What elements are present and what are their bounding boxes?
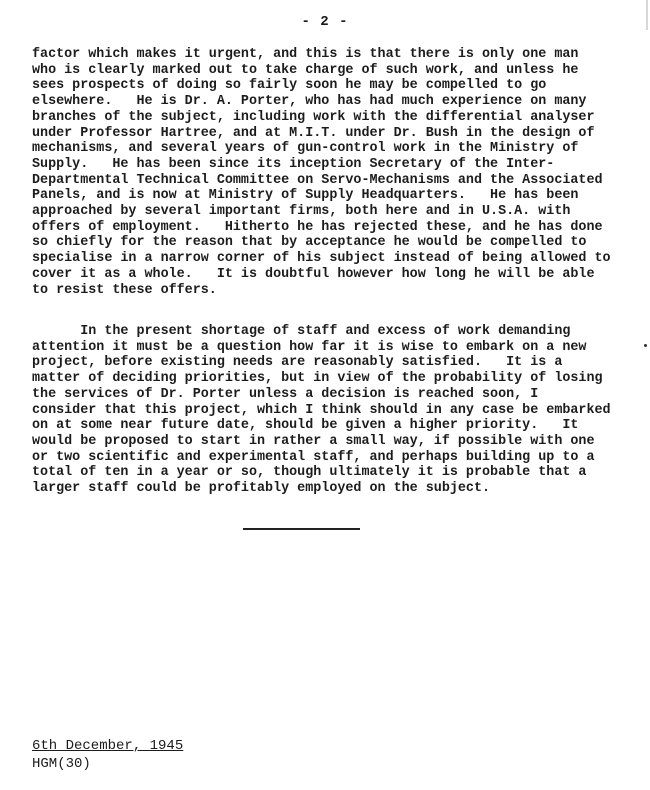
text-line: approached by several important firms, b… — [32, 204, 570, 220]
text-line: branches of the subject, including work … — [32, 110, 595, 126]
document-page: - 2 - factor which makes it urgent, and … — [0, 0, 650, 790]
section-divider-rule — [243, 528, 360, 530]
text-line: larger staff could be profitably employe… — [32, 481, 490, 497]
text-line: mechanisms, and several years of gun-con… — [32, 141, 578, 157]
text-line: would be proposed to start in rather a s… — [32, 434, 595, 450]
text-line: Supply. He has been since its inception … — [32, 157, 554, 173]
text-line: total of ten in a year or so, though ult… — [32, 465, 586, 481]
text-line: Departmental Technical Committee on Serv… — [32, 173, 603, 189]
text-line: offers of employment. Hitherto he has re… — [32, 220, 603, 236]
text-line: elsewhere. He is Dr. A. Porter, who has … — [32, 94, 586, 110]
text-line: matter of deciding priorities, but in vi… — [32, 371, 603, 387]
text-line: who is clearly marked out to take charge… — [32, 63, 578, 79]
page-number: - 2 - — [0, 14, 650, 30]
scan-speck — [644, 344, 647, 347]
text-line: attention it must be a question how far … — [32, 340, 586, 356]
text-line: sees prospects of doing so fairly soon h… — [32, 78, 546, 94]
text-line: on at some near future date, should be g… — [32, 418, 578, 434]
text-line: factor which makes it urgent, and this i… — [32, 47, 578, 63]
text-line: or two scientific and experimental staff… — [32, 450, 595, 466]
text-line: Panels, and is now at Ministry of Supply… — [32, 188, 578, 204]
text-line: the services of Dr. Porter unless a deci… — [32, 387, 538, 403]
text-line: to resist these offers. — [32, 283, 217, 299]
text-line: project, before existing needs are reaso… — [32, 355, 562, 371]
footer-date: 6th December, 1945 — [32, 738, 183, 754]
text-line: consider that this project, which I thin… — [32, 403, 611, 419]
footer-reference: HGM(30) — [32, 756, 91, 772]
text-line: under Professor Hartree, and at M.I.T. u… — [32, 126, 595, 142]
text-line: In the present shortage of staff and exc… — [32, 324, 570, 340]
text-line: cover it as a whole. It is doubtful howe… — [32, 267, 595, 283]
text-line: so chiefly for the reason that by accept… — [32, 235, 586, 251]
text-line: specialise in a narrow corner of his sub… — [32, 251, 611, 267]
